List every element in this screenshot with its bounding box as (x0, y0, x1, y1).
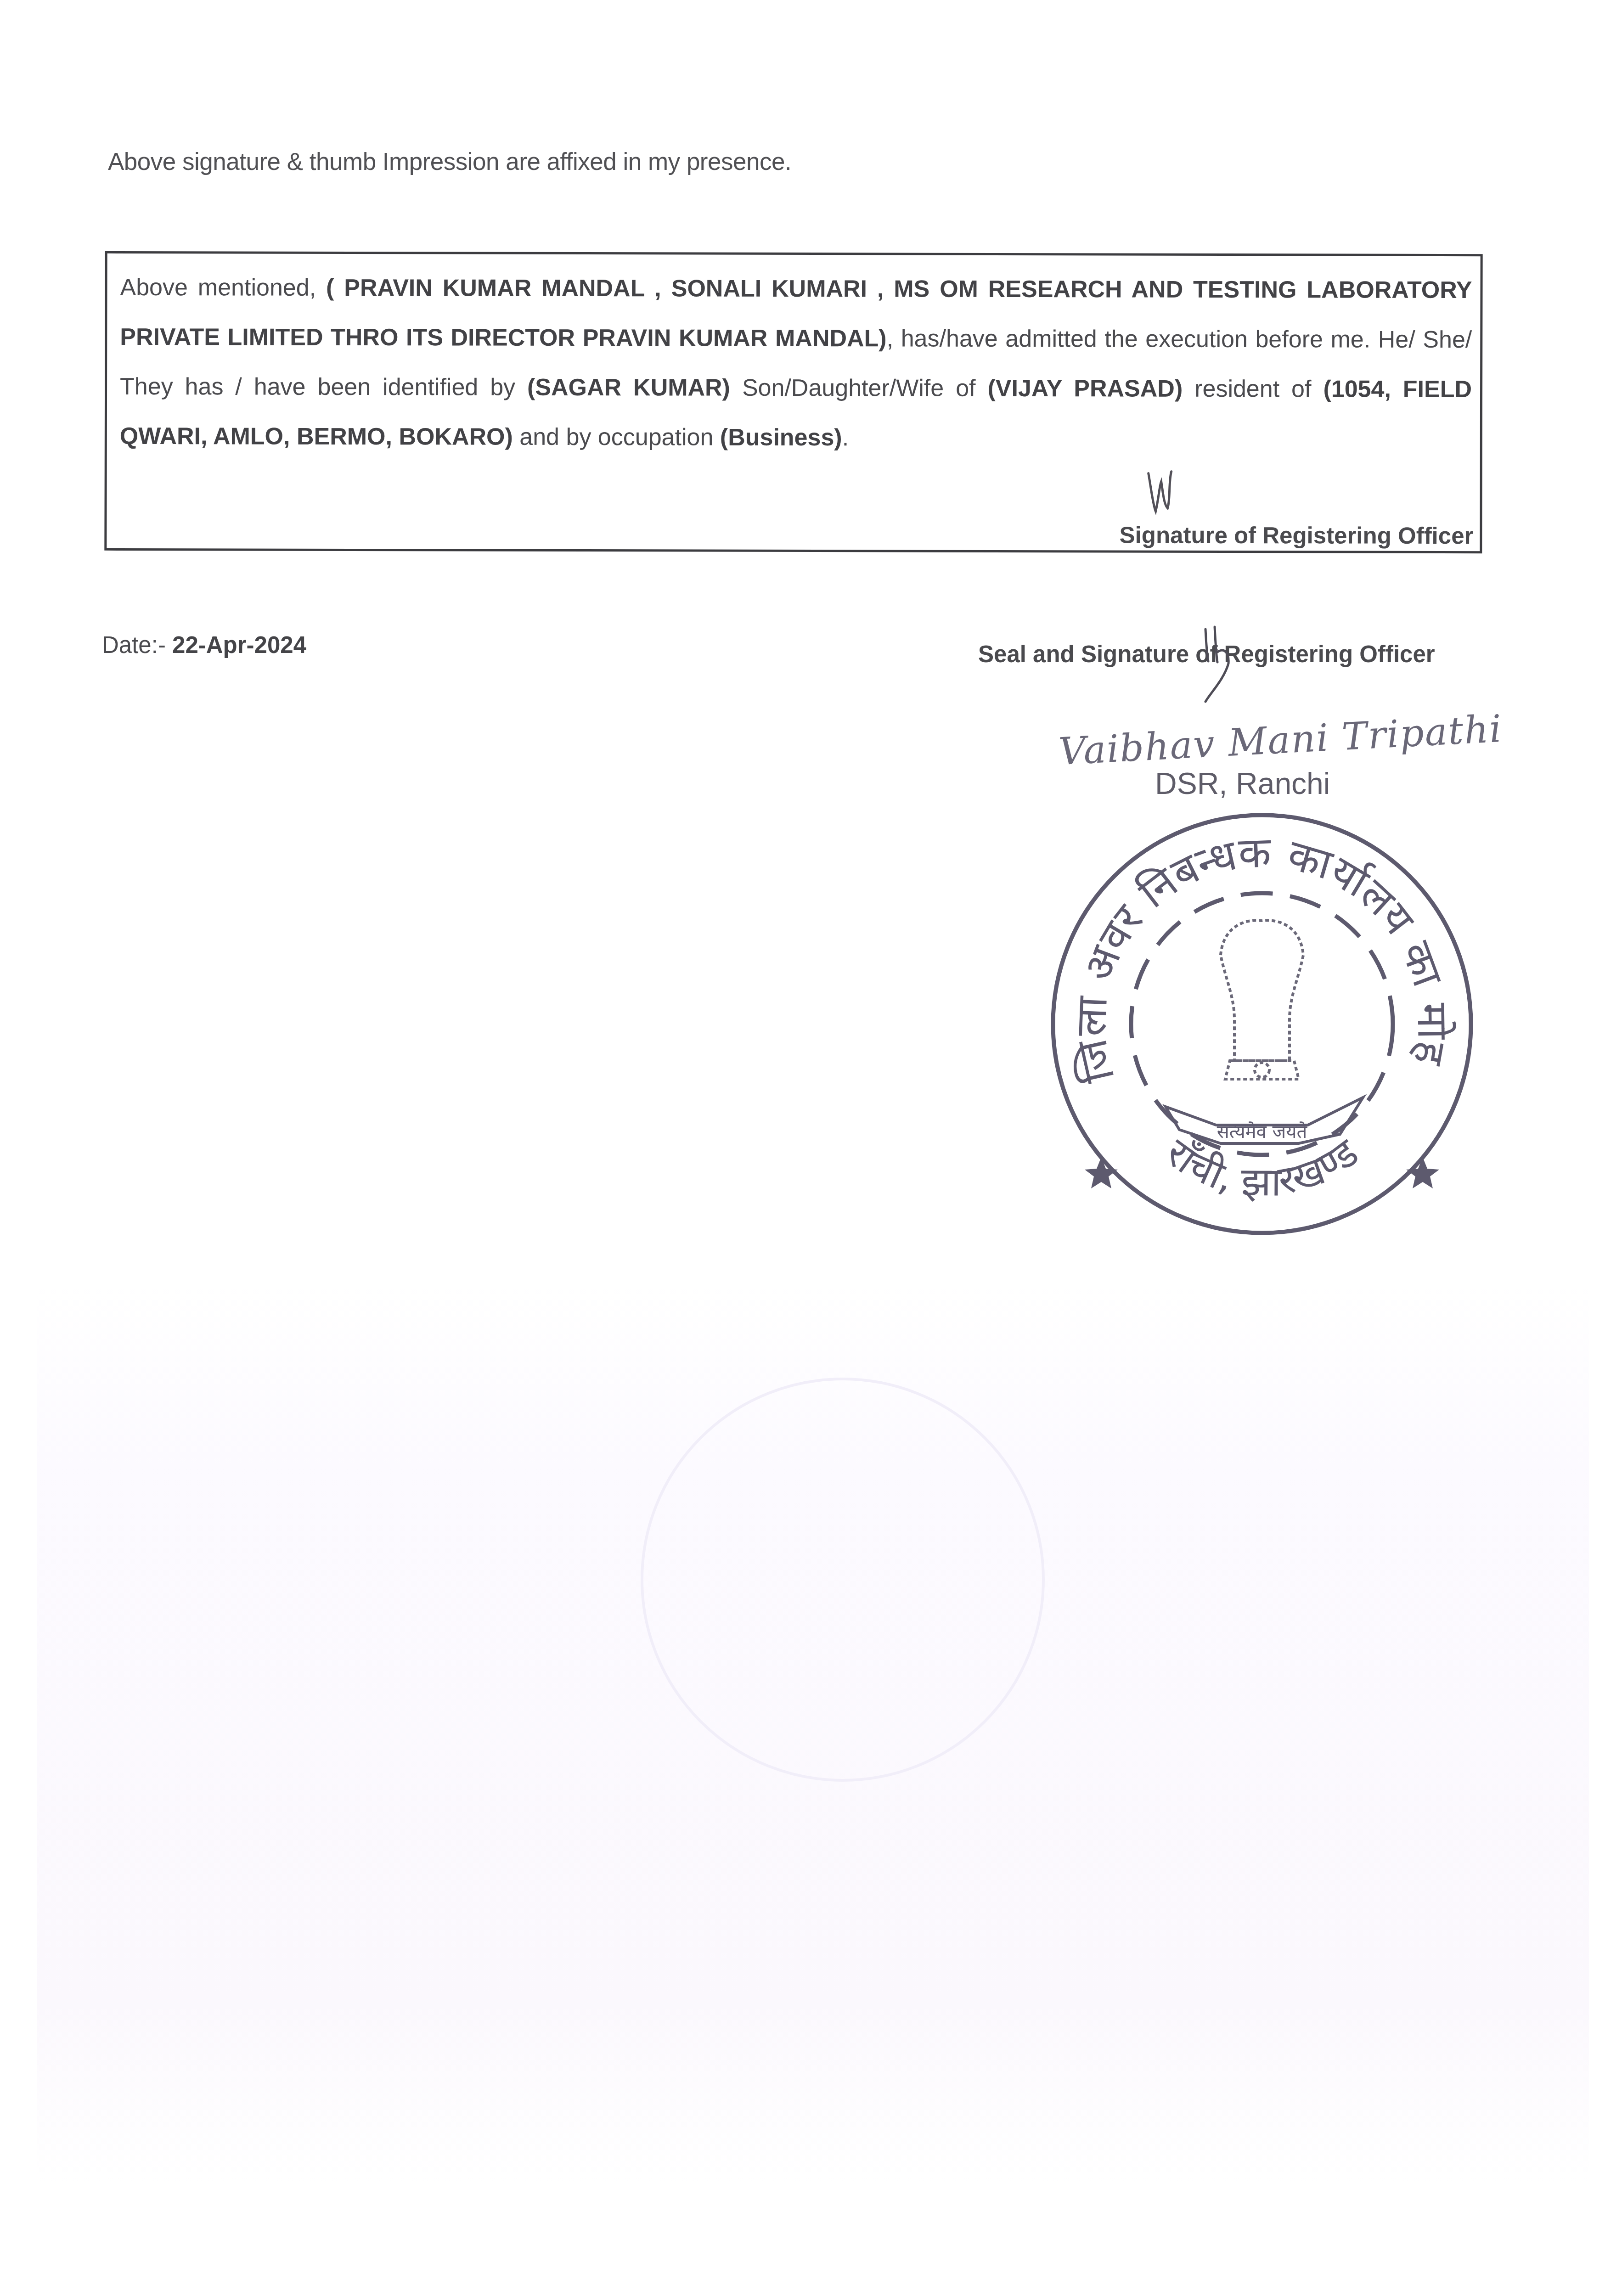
statement-segment: Son/Daughter/Wife of (730, 375, 988, 402)
statement-segment: Above mentioned, (120, 274, 326, 301)
date-label: Date:- (102, 632, 172, 658)
officer-initials-signature-icon (1140, 468, 1181, 518)
statement-bold-segment: (Business) (720, 424, 842, 451)
admission-statement: Above mentioned, ( PRAVIN KUMAR MANDAL ,… (120, 263, 1472, 464)
officer-designation-stamp: DSR, Ranchi (1155, 766, 1330, 801)
statement-bold-segment: (SAGAR KUMAR) (527, 374, 730, 401)
presence-attestation: Above signature & thumb Impression are a… (108, 148, 791, 176)
registering-officer-signature-label: Signature of Registering Officer (1120, 521, 1474, 549)
national-emblem-icon (1221, 920, 1303, 1079)
admission-box: Above mentioned, ( PRAVIN KUMAR MANDAL ,… (104, 251, 1482, 553)
date-line: Date:- 22-Apr-2024 (102, 631, 306, 658)
official-seal: जिला अवर निबन्धक कार्यालय का मोहर राँची,… (1042, 804, 1482, 1244)
seal-outer-text: जिला अवर निबन्धक कार्यालय का मोहर (1042, 804, 1457, 1087)
statement-segment: . (842, 424, 849, 451)
statement-bold-segment: (VIJAY PRASAD) (987, 375, 1183, 402)
officer-name-stamp: Vaibhav Mani Tripathi (1058, 707, 1503, 774)
date-value: 22-Apr-2024 (172, 632, 306, 658)
seal-motto: सत्यमेव जयते (1217, 1121, 1308, 1142)
statement-segment: and by occupation (513, 424, 720, 451)
statement-segment: resident of (1183, 376, 1323, 403)
faint-seal-impression (641, 1378, 1045, 1782)
officer-signature-icon (1196, 620, 1247, 707)
